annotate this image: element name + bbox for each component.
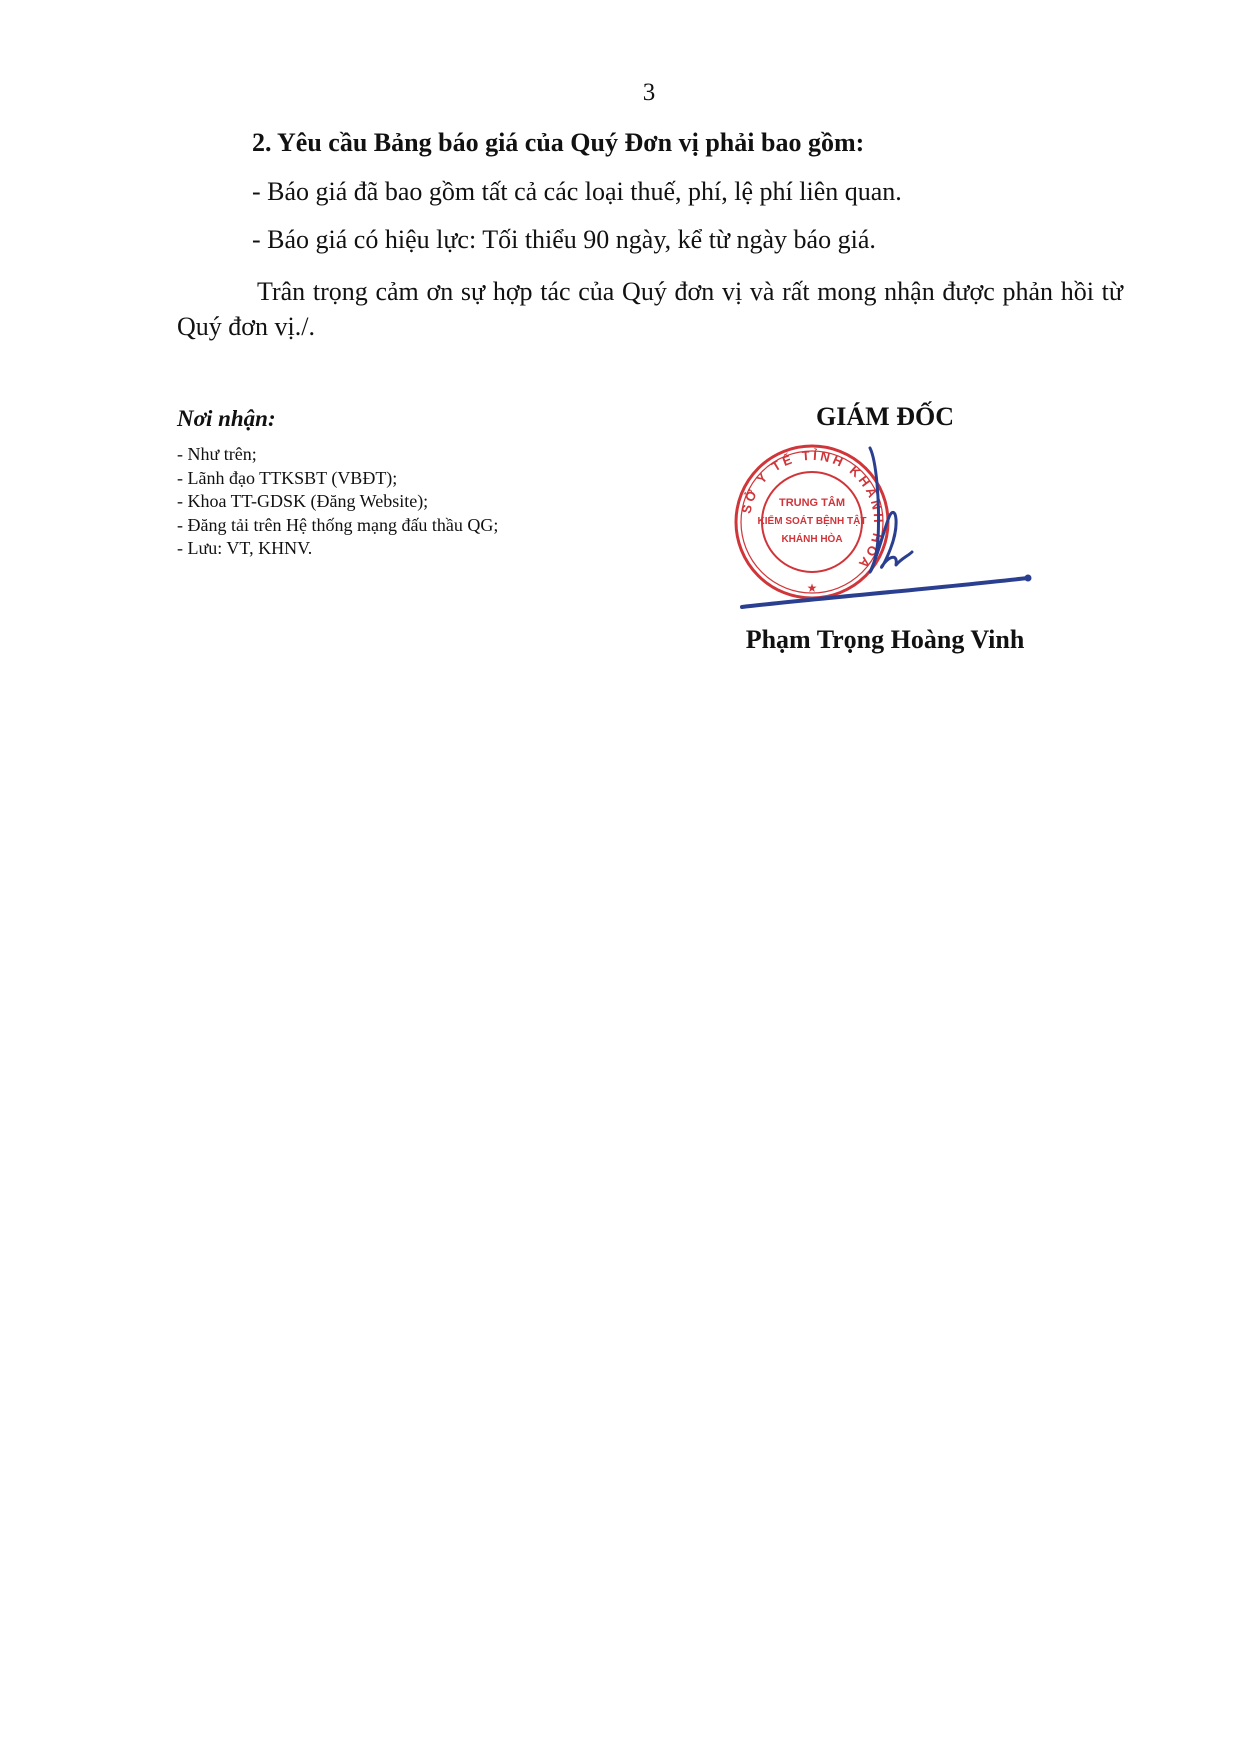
- section-heading: 2. Yêu cầu Bảng báo giá của Quý Đơn vị p…: [252, 128, 864, 158]
- requirement-item: - Báo giá có hiệu lực: Tối thiểu 90 ngày…: [252, 225, 876, 255]
- stamp-center-line: TRUNG TÂM: [779, 496, 845, 509]
- closing-paragraph: Trân trọng cảm ơn sự hợp tác của Quý đơn…: [177, 274, 1123, 344]
- handwritten-signature: [742, 448, 1031, 607]
- signer-name: Phạm Trọng Hoàng Vinh: [715, 625, 1055, 655]
- recipient-item: - Lãnh đạo TTKSBT (VBĐT);: [177, 467, 498, 491]
- recipient-item: - Lưu: VT, KHNV.: [177, 537, 498, 561]
- stamp-center-line: KHÁNH HÒA: [781, 532, 842, 545]
- recipients-title: Nơi nhận:: [177, 405, 276, 433]
- recipient-item: - Khoa TT-GDSK (Đăng Website);: [177, 490, 498, 514]
- recipient-item: - Đăng tải trên Hệ thống mạng đấu thầu Q…: [177, 514, 498, 538]
- signer-title: GIÁM ĐỐC: [735, 402, 1035, 432]
- official-stamp: SỞ Y TẾ TỈNH KHÁNH HÒA TRUNG TÂM KIỂM SO…: [720, 430, 1060, 630]
- recipients-list: - Như trên; - Lãnh đạo TTKSBT (VBĐT); - …: [177, 443, 498, 561]
- stamp-center-line: KIỂM SOÁT BỆNH TẬT: [758, 514, 867, 527]
- requirement-item: - Báo giá đã bao gồm tất cả các loại thu…: [252, 177, 902, 207]
- stamp-star-icon: ★: [807, 581, 818, 595]
- page-number: 3: [0, 78, 1241, 108]
- recipient-item: - Như trên;: [177, 443, 498, 467]
